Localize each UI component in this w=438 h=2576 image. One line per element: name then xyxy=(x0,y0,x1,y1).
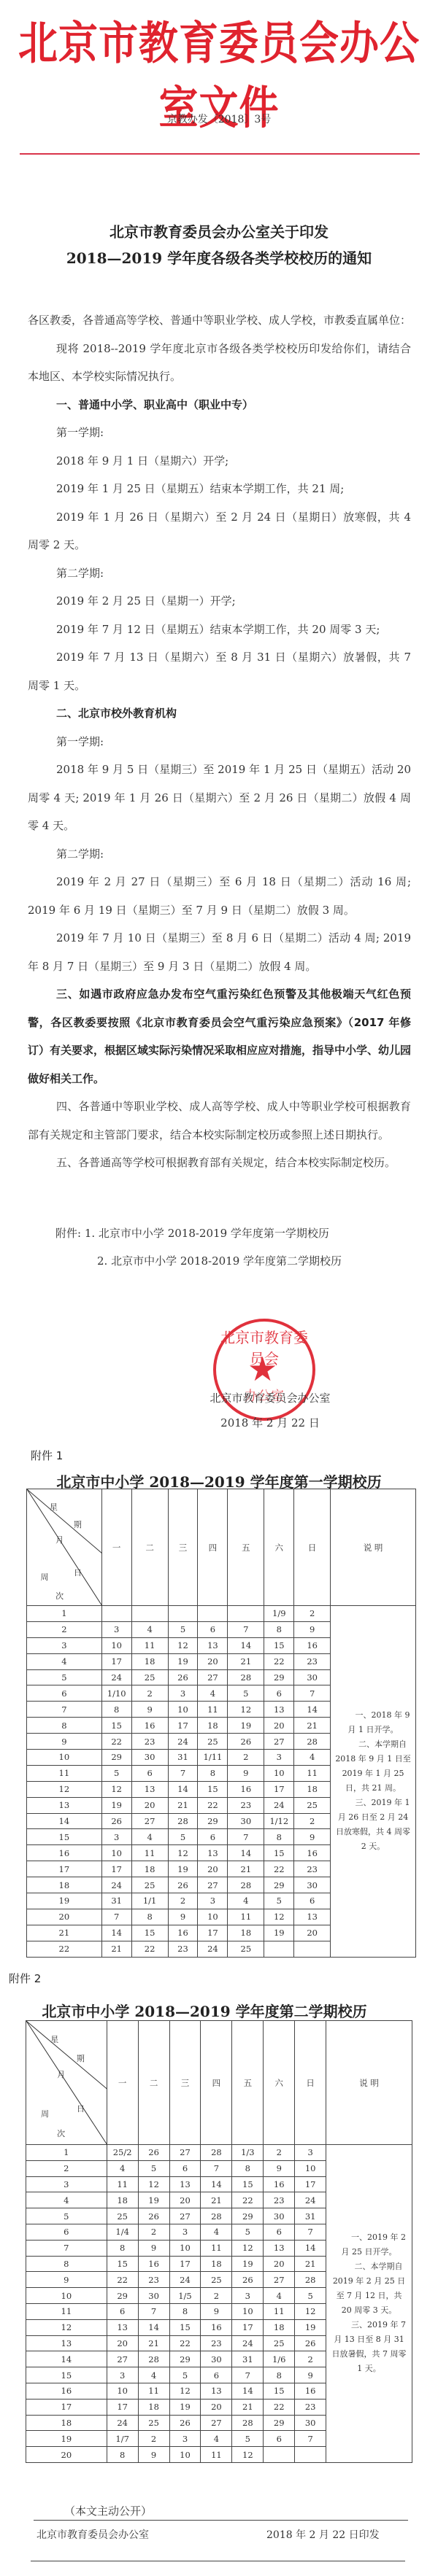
weekday-header: 四 xyxy=(201,2021,232,2145)
date-cell: 8 xyxy=(264,1621,294,1637)
week-number-cell: 5 xyxy=(26,2208,107,2224)
date-cell: 13 xyxy=(198,1637,228,1653)
date-cell: 30 xyxy=(294,1877,331,1893)
date-cell: 6 xyxy=(107,2303,138,2319)
date-cell: 22 xyxy=(101,1734,131,1750)
attachment-2-label: 附件 2 xyxy=(9,1971,41,1986)
date-cell: 21 xyxy=(294,1718,331,1734)
date-cell: 16 xyxy=(228,1781,264,1797)
date-cell: 2 xyxy=(228,1750,264,1766)
date-cell: 18 xyxy=(131,1861,168,1877)
date-cell: 24 xyxy=(295,2192,326,2208)
week-number-cell: 1 xyxy=(26,2145,107,2161)
date-cell: 25 xyxy=(198,1734,228,1750)
date-cell: 11 xyxy=(264,2303,295,2319)
date-cell: 27 xyxy=(131,1813,168,1829)
date-cell: 3 xyxy=(295,2145,326,2161)
corner-label: 次 xyxy=(55,1590,64,1602)
date-cell: 18 xyxy=(131,1653,168,1669)
week-number-cell: 18 xyxy=(27,1877,102,1893)
date-cell: 4 xyxy=(138,2367,169,2383)
date-cell: 30 xyxy=(138,2288,169,2304)
notice-title-line-1: 北京市教育委员会办公室关于印发 xyxy=(0,219,438,245)
date-cell: 27 xyxy=(198,1877,228,1893)
date-cell: 29 xyxy=(232,2208,264,2224)
date-cell: 8 xyxy=(232,2160,264,2176)
date-cell: 24 xyxy=(101,1877,131,1893)
section-2-term-2-text-b: 2019 年 7 月 10 日（星期三）至 8 月 6 日（星期二）活动 4 周… xyxy=(28,924,411,980)
date-cell: 3 xyxy=(107,2367,138,2383)
date-cell: 27 xyxy=(107,2351,138,2367)
date-cell: 21 xyxy=(295,2256,326,2272)
date-cell: 27 xyxy=(169,2145,201,2161)
calendar-header-row: 星期月日周次一二三四五六日说 明 xyxy=(26,2021,412,2145)
date-cell: 1/3 xyxy=(232,2145,264,2161)
footer-rule-top xyxy=(34,2520,408,2521)
week-number-cell: 7 xyxy=(26,2240,107,2256)
date-cell: 12 xyxy=(138,2176,169,2192)
date-cell: 20 xyxy=(131,1797,168,1813)
footer-org: 北京市教育委员会办公室 xyxy=(36,2527,149,2542)
date-cell: 6 xyxy=(264,2224,295,2240)
date-cell: 23 xyxy=(131,1734,168,1750)
date-cell: 22 xyxy=(198,1797,228,1813)
date-cell: 2 xyxy=(131,1685,168,1702)
date-cell: 10 xyxy=(101,1845,131,1861)
date-cell: 26 xyxy=(138,2145,169,2161)
calendar-note: 三、2019 年 7 月 13 日至 8 月 31 日放暑假，共 7 周零 1 … xyxy=(331,2318,407,2376)
date-cell: 26 xyxy=(138,2208,169,2224)
date-cell: 29 xyxy=(107,2288,138,2304)
date-cell: 27 xyxy=(169,2208,201,2224)
date-cell: 20 xyxy=(264,1718,294,1734)
date-cell: 2 xyxy=(294,1813,331,1829)
date-cell: 7 xyxy=(228,1829,264,1845)
date-cell: 11 xyxy=(228,1909,264,1925)
date-cell: 22 xyxy=(264,1653,294,1669)
week-number-cell: 15 xyxy=(27,1829,102,1845)
corner-label: 周 xyxy=(41,2108,49,2119)
date-cell: 31 xyxy=(232,2351,264,2367)
weekday-header: 五 xyxy=(232,2021,264,2145)
date-cell: 29 xyxy=(264,1877,294,1893)
corner-label: 月 xyxy=(57,2068,65,2080)
date-cell: 3 xyxy=(198,1893,228,1909)
date-cell: 18 xyxy=(198,1718,228,1734)
date-cell: 31 xyxy=(295,2208,326,2224)
date-cell: 17 xyxy=(101,1653,131,1669)
signature-org: 北京市教育委员会办公室 xyxy=(193,1386,347,1411)
date-cell: 3 xyxy=(168,1685,198,1702)
date-cell: 4 xyxy=(131,1621,168,1637)
corner-label: 日 xyxy=(77,2103,85,2114)
date-cell: 8 xyxy=(198,1765,228,1781)
date-cell: 17 xyxy=(169,2256,201,2272)
date-cell: 16 xyxy=(168,1925,198,1941)
date-cell: 12 xyxy=(101,1781,131,1797)
date-cell: 28 xyxy=(201,2145,232,2161)
date-cell: 21 xyxy=(138,2335,169,2351)
date-cell: 12 xyxy=(295,2303,326,2319)
date-cell: 25 xyxy=(107,2208,138,2224)
date-cell: 11 xyxy=(198,1702,228,1718)
section-1-term-2-label: 第二学期: xyxy=(28,559,411,588)
date-cell: 28 xyxy=(232,2415,264,2431)
date-cell: 16 xyxy=(264,2176,295,2192)
date-cell: 15 xyxy=(101,1718,131,1734)
week-number-cell: 2 xyxy=(27,1621,102,1637)
section-1-term-1-line: 2019 年 1 月 26 日（星期六）至 2 月 24 日（星期日）放寒假，共… xyxy=(28,503,411,559)
date-cell: 11 xyxy=(131,1637,168,1653)
date-cell: 15 xyxy=(131,1925,168,1941)
date-cell: 24 xyxy=(168,1734,198,1750)
section-3-paragraph: 三、如遇市政府应急办发布空气重污染红色预警及其他极端天气红色预警，各区教委要按照… xyxy=(28,980,411,1093)
date-cell: 15 xyxy=(107,2256,138,2272)
calendar-notes-cell: 一、2019 年 2 月 25 日开学。二、本学期自 2019 年 2 月 25… xyxy=(326,2145,412,2463)
date-cell: 23 xyxy=(201,2335,232,2351)
date-cell xyxy=(264,2447,295,2463)
date-cell xyxy=(168,1606,198,1622)
date-cell: 6 xyxy=(198,1621,228,1637)
date-cell: 9 xyxy=(294,1829,331,1845)
corner-label: 日 xyxy=(74,1567,82,1578)
date-cell: 3 xyxy=(169,2431,201,2447)
date-cell xyxy=(101,1606,131,1622)
notice-title-line-2: 2018—2019 学年度各级各类学校校历的通知 xyxy=(0,245,438,271)
week-number-cell: 2 xyxy=(26,2160,107,2176)
week-number-cell: 12 xyxy=(26,2319,107,2335)
date-cell: 21 xyxy=(232,2399,264,2415)
date-cell: 10 xyxy=(232,2303,264,2319)
date-cell: 8 xyxy=(107,2240,138,2256)
date-cell: 7 xyxy=(294,1685,331,1702)
date-cell: 3 xyxy=(169,2224,201,2240)
date-cell: 25 xyxy=(228,1941,264,1957)
section-1-term-1-line: 2018 年 9 月 1 日（星期六）开学; xyxy=(28,447,411,476)
date-cell: 21 xyxy=(168,1797,198,1813)
star-icon: ★ xyxy=(247,1352,277,1386)
date-cell: 14 xyxy=(232,2383,264,2399)
date-cell: 29 xyxy=(198,1813,228,1829)
date-cell: 8 xyxy=(169,2303,201,2319)
corner-label: 期 xyxy=(74,1518,82,1530)
section-1-term-1-label: 第一学期: xyxy=(28,419,411,447)
date-cell: 7 xyxy=(201,2160,232,2176)
week-number-cell: 21 xyxy=(27,1925,102,1941)
date-cell: 24 xyxy=(107,2415,138,2431)
date-cell: 25 xyxy=(131,1669,168,1685)
week-number-cell: 7 xyxy=(27,1702,102,1718)
date-cell: 23 xyxy=(168,1941,198,1957)
week-number-cell: 20 xyxy=(26,2447,107,2463)
date-cell: 23 xyxy=(228,1797,264,1813)
date-cell: 22 xyxy=(264,1861,294,1877)
date-cell: 19 xyxy=(168,1653,198,1669)
weekday-header: 五 xyxy=(228,1489,264,1606)
date-cell: 7 xyxy=(232,2367,264,2383)
date-cell: 19 xyxy=(169,2399,201,2415)
date-cell: 19 xyxy=(138,2192,169,2208)
date-cell: 21 xyxy=(101,1941,131,1957)
date-cell: 25 xyxy=(201,2272,232,2288)
date-cell: 4 xyxy=(201,2431,232,2447)
date-cell xyxy=(295,2447,326,2463)
document-number: 京教办发〔2018〕3号 xyxy=(0,112,438,126)
date-cell: 9 xyxy=(228,1765,264,1781)
date-cell: 4 xyxy=(198,1685,228,1702)
date-cell: 14 xyxy=(228,1845,264,1861)
date-cell: 19 xyxy=(232,2256,264,2272)
date-cell: 10 xyxy=(107,2383,138,2399)
date-cell: 26 xyxy=(101,1813,131,1829)
date-cell: 4 xyxy=(201,2224,232,2240)
date-cell xyxy=(294,1941,331,1957)
date-cell: 2 xyxy=(294,1606,331,1622)
date-cell: 2 xyxy=(138,2224,169,2240)
week-number-cell: 11 xyxy=(26,2303,107,2319)
date-cell: 5 xyxy=(264,1893,294,1909)
date-cell: 27 xyxy=(264,1734,294,1750)
date-cell: 15 xyxy=(264,2383,295,2399)
diagonal-header-cell: 星期月日周次 xyxy=(27,1489,102,1606)
date-cell: 13 xyxy=(107,2319,138,2335)
date-cell: 4 xyxy=(107,2160,138,2176)
date-cell: 30 xyxy=(264,2208,295,2224)
red-divider xyxy=(20,153,420,155)
date-cell: 14 xyxy=(201,2176,232,2192)
week-number-cell: 19 xyxy=(26,2431,107,2447)
date-cell: 25/2 xyxy=(107,2145,138,2161)
date-cell: 26 xyxy=(232,2272,264,2288)
week-number-cell: 12 xyxy=(27,1781,102,1797)
date-cell: 10 xyxy=(264,1765,294,1781)
date-cell: 8 xyxy=(264,1829,294,1845)
date-cell: 13 xyxy=(294,1909,331,1925)
notice-body: 各区教委，各普通高等学校、普通中等职业学校、成人学校，市教委直属单位： 现将 2… xyxy=(28,306,411,1177)
date-cell: 1/12 xyxy=(264,1813,294,1829)
date-cell: 1/1 xyxy=(131,1893,168,1909)
date-cell: 17 xyxy=(198,1925,228,1941)
date-cell: 25 xyxy=(138,2415,169,2431)
date-cell: 6 xyxy=(294,1893,331,1909)
week-number-cell: 6 xyxy=(27,1685,102,1702)
date-cell: 4 xyxy=(264,2288,295,2304)
date-cell: 8 xyxy=(101,1702,131,1718)
weekday-header: 六 xyxy=(264,2021,295,2145)
date-cell: 15 xyxy=(264,1845,294,1861)
date-cell: 9 xyxy=(138,2240,169,2256)
week-number-cell: 8 xyxy=(26,2256,107,2272)
date-cell xyxy=(228,1606,264,1622)
date-cell: 17 xyxy=(101,1861,131,1877)
date-cell: 10 xyxy=(101,1637,131,1653)
date-cell: 18 xyxy=(201,2256,232,2272)
corner-label: 星 xyxy=(50,2033,58,2045)
section-2-term-2-label: 第二学期: xyxy=(28,840,411,869)
date-cell: 18 xyxy=(294,1781,331,1797)
week-number-cell: 17 xyxy=(26,2399,107,2415)
date-cell: 7 xyxy=(138,2303,169,2319)
date-cell: 7 xyxy=(168,1765,198,1781)
date-cell: 6 xyxy=(169,2160,201,2176)
date-cell: 1/5 xyxy=(169,2288,201,2304)
week-number-cell: 13 xyxy=(27,1797,102,1813)
date-cell: 7 xyxy=(295,2431,326,2447)
date-cell: 14 xyxy=(138,2319,169,2335)
section-1-heading: 一、普通中小学、职业高中（职业中专） xyxy=(28,391,411,419)
date-cell: 7 xyxy=(101,1909,131,1925)
date-cell: 10 xyxy=(198,1909,228,1925)
date-cell: 28 xyxy=(228,1669,264,1685)
date-cell: 4 xyxy=(294,1750,331,1766)
date-cell: 11 xyxy=(131,1845,168,1861)
term-2-calendar-table: 星期月日周次一二三四五六日说 明125/22627281/323一、2019 年… xyxy=(26,2020,412,2463)
date-cell: 21 xyxy=(201,2192,232,2208)
date-cell: 17 xyxy=(168,1718,198,1734)
diagonal-lines-icon xyxy=(27,1489,102,1606)
date-cell: 17 xyxy=(232,2319,264,2335)
date-cell: 12 xyxy=(232,2447,264,2463)
date-cell: 1/6 xyxy=(264,2351,295,2367)
notice-title: 北京市教育委员会办公室关于印发 2018—2019 学年度各级各类学校校历的通知 xyxy=(0,219,438,271)
weekday-header: 一 xyxy=(107,2021,138,2145)
section-4-paragraph: 四、各普通中等职业学校、成人高等学校、成人中等职业学校可根据教育部有关规定和主管… xyxy=(28,1093,411,1149)
week-number-cell: 9 xyxy=(27,1734,102,1750)
week-number-cell: 22 xyxy=(27,1941,102,1957)
date-cell: 23 xyxy=(294,1861,331,1877)
date-cell: 17 xyxy=(264,1781,294,1797)
date-cell: 31 xyxy=(168,1750,198,1766)
date-cell: 12 xyxy=(232,2240,264,2256)
notes-header: 说 明 xyxy=(326,2021,412,2145)
date-cell: 30 xyxy=(295,2415,326,2431)
week-number-cell: 10 xyxy=(26,2288,107,2304)
date-cell: 2 xyxy=(138,2431,169,2447)
date-cell: 25 xyxy=(294,1797,331,1813)
date-cell: 20 xyxy=(264,2256,295,2272)
date-cell: 26 xyxy=(168,1669,198,1685)
diagonal-lines-icon xyxy=(26,2021,107,2145)
date-cell: 24 xyxy=(232,2335,264,2351)
date-cell: 30 xyxy=(228,1813,264,1829)
date-cell: 11 xyxy=(201,2240,232,2256)
date-cell: 20 xyxy=(198,1861,228,1877)
date-cell: 22 xyxy=(169,2335,201,2351)
date-cell: 20 xyxy=(198,1653,228,1669)
date-cell: 1/7 xyxy=(107,2431,138,2447)
date-cell: 15 xyxy=(169,2319,201,2335)
calendar-week-row: 125/22627281/323一、2019 年 2 月 25 日开学。二、本学… xyxy=(26,2145,412,2161)
week-number-cell: 13 xyxy=(26,2335,107,2351)
date-cell: 30 xyxy=(201,2351,232,2367)
date-cell: 13 xyxy=(198,1845,228,1861)
weekday-header: 六 xyxy=(264,1489,294,1606)
week-number-cell: 3 xyxy=(26,2176,107,2192)
date-cell: 24 xyxy=(169,2272,201,2288)
date-cell: 9 xyxy=(295,2367,326,2383)
section-2-term-2-text-a: 2019 年 2 月 27 日（星期三）至 6 月 18 日（星期二）活动 16… xyxy=(28,868,411,924)
date-cell: 11 xyxy=(201,2447,232,2463)
section-1-term-2-line: 2019 年 7 月 13 日（星期六）至 8 月 31 日（星期六）放暑假，共… xyxy=(28,643,411,699)
addressee: 各区教委，各普通高等学校、普通中等职业学校、成人学校，市教委直属单位： xyxy=(28,306,411,335)
attachments-list: 附件: 1. 北京市中小学 2018-2019 学年度第一学期校历 2. 北京市… xyxy=(55,1219,342,1275)
date-cell: 14 xyxy=(168,1781,198,1797)
week-number-cell: 1 xyxy=(27,1606,102,1622)
date-cell: 23 xyxy=(294,1653,331,1669)
date-cell: 19 xyxy=(295,2319,326,2335)
calendar-note: 三、2019 年 1 月 26 日至 2 月 24 日放寒假，共 4 周零 2 … xyxy=(335,1796,411,1854)
date-cell: 24 xyxy=(264,1797,294,1813)
date-cell: 16 xyxy=(294,1637,331,1653)
date-cell: 28 xyxy=(294,1734,331,1750)
public-disclosure-note: （本文主动公开） xyxy=(64,2503,152,2518)
date-cell: 12 xyxy=(168,1637,198,1653)
calendar-week-row: 11/92一、2018 年 9 月 1 日开学。二、本学期自 2018 年 9 … xyxy=(27,1606,416,1622)
date-cell: 3 xyxy=(264,1750,294,1766)
date-cell: 13 xyxy=(131,1781,168,1797)
week-number-cell: 6 xyxy=(26,2224,107,2240)
date-cell: 12 xyxy=(168,1845,198,1861)
weekday-header: 二 xyxy=(131,1489,168,1606)
date-cell: 22 xyxy=(264,2399,295,2415)
date-cell: 24 xyxy=(101,1669,131,1685)
calendar-note: 二、本学期自 2018 年 9 月 1 日至 2019 年 1 月 25 日，共… xyxy=(335,1737,411,1796)
week-number-cell: 5 xyxy=(27,1669,102,1685)
date-cell: 14 xyxy=(294,1702,331,1718)
week-number-cell: 19 xyxy=(27,1893,102,1909)
date-cell: 27 xyxy=(201,2415,232,2431)
date-cell: 7 xyxy=(228,1621,264,1637)
date-cell: 14 xyxy=(101,1925,131,1941)
date-cell: 18 xyxy=(107,2192,138,2208)
date-cell: 20 xyxy=(201,2399,232,2415)
date-cell: 5 xyxy=(168,1829,198,1845)
week-number-cell: 3 xyxy=(27,1637,102,1653)
date-cell: 5 xyxy=(295,2288,326,2304)
date-cell: 6 xyxy=(264,2431,295,2447)
date-cell: 21 xyxy=(228,1861,264,1877)
date-cell: 15 xyxy=(232,2176,264,2192)
date-cell: 5 xyxy=(138,2160,169,2176)
date-cell: 9 xyxy=(168,1909,198,1925)
date-cell: 27 xyxy=(264,2272,295,2288)
week-number-cell: 4 xyxy=(27,1653,102,1669)
date-cell: 22 xyxy=(107,2272,138,2288)
week-number-cell: 14 xyxy=(27,1813,102,1829)
date-cell: 19 xyxy=(101,1797,131,1813)
date-cell: 20 xyxy=(169,2192,201,2208)
week-number-cell: 15 xyxy=(26,2367,107,2383)
date-cell: 10 xyxy=(295,2160,326,2176)
footer-rule-bottom xyxy=(31,2561,405,2561)
date-cell: 2 xyxy=(201,2288,232,2304)
date-cell: 5 xyxy=(169,2367,201,2383)
date-cell: 22 xyxy=(232,2192,264,2208)
date-cell: 11 xyxy=(138,2383,169,2399)
attachments-label: 附件: xyxy=(55,1227,81,1240)
week-number-cell: 18 xyxy=(26,2415,107,2431)
date-cell: 16 xyxy=(295,2383,326,2399)
date-cell: 28 xyxy=(168,1813,198,1829)
attachment-1-label: 附件 1 xyxy=(31,1448,63,1463)
date-cell: 28 xyxy=(138,2351,169,2367)
term-1-calendar-table: 星期月日周次一二三四五六日说 明11/92一、2018 年 9 月 1 日开学。… xyxy=(26,1489,416,1958)
date-cell: 29 xyxy=(169,2351,201,2367)
week-number-cell: 9 xyxy=(26,2272,107,2288)
date-cell: 12 xyxy=(228,1702,264,1718)
date-cell: 6 xyxy=(131,1765,168,1781)
week-number-cell: 20 xyxy=(27,1909,102,1925)
